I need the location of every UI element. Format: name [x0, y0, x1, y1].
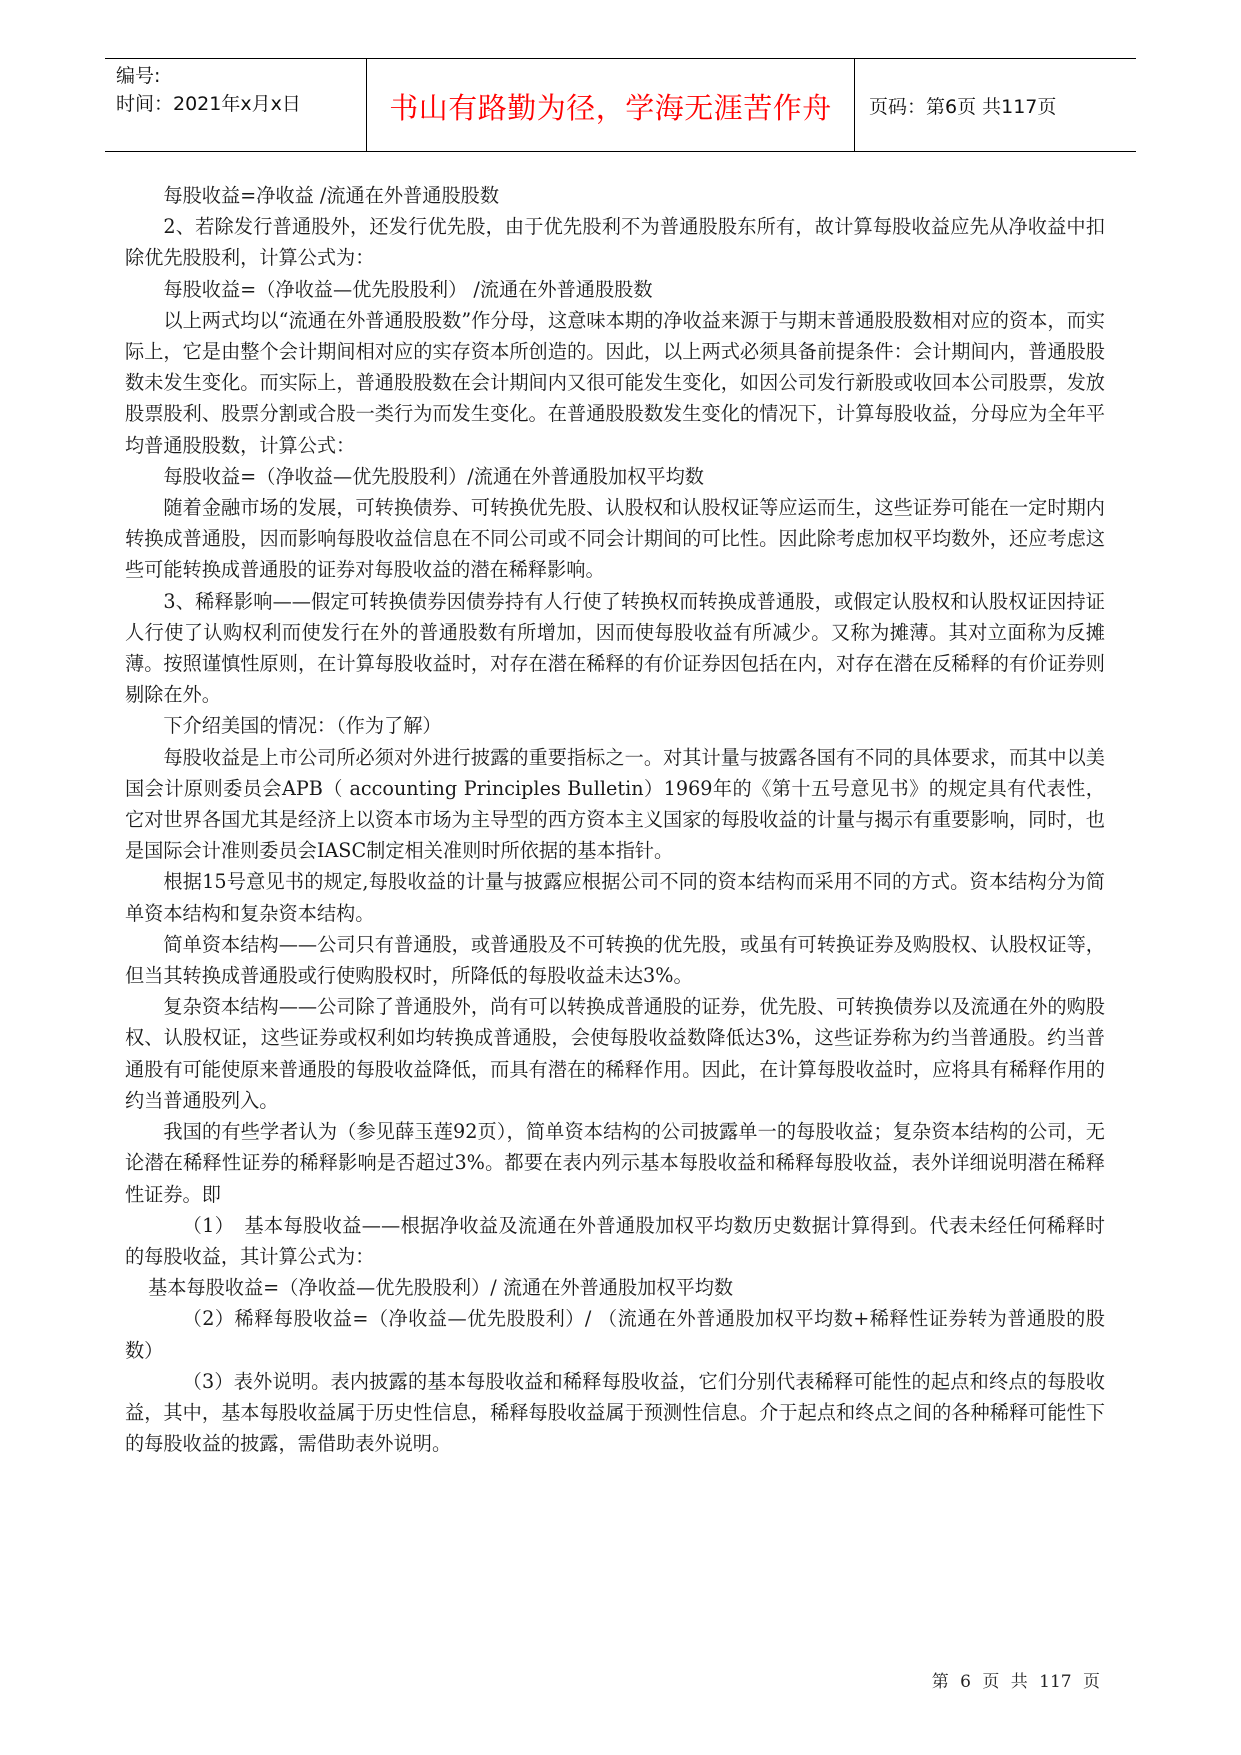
header-page-label: 页码：第6页 共117页 [869, 92, 1056, 119]
paragraph-dilution: 3、稀释影响——假定可转换债券因债券持有人行使了转换权而转换成普通股，或假定认股… [125, 586, 1105, 711]
formula-eps-basic: 每股收益=净收益 /流通在外普通股股数 [125, 180, 1105, 211]
paragraph-convertible-securities: 随着金融市场的发展，可转换债券、可转换优先股、认股权和认股权证等应运而生，这些证… [125, 492, 1105, 586]
document-body: 每股收益=净收益 /流通在外普通股股数 2、若除发行普通股外，还发行优先股，由于… [125, 180, 1105, 1459]
paragraph-simple-structure: 简单资本结构——公司只有普通股，或普通股及不可转换的优先股，或虽有可转换证券及购… [125, 929, 1105, 991]
formula-eps-preferred: 每股收益=（净收益—优先股股利） /流通在外普通股股数 [125, 274, 1105, 305]
header-page-cell: 页码：第6页 共117页 [855, 59, 1136, 151]
page-header: 编号: 时间：2021年x月x日 书山有路勤为径，学海无涯苦作舟 页码：第6页 … [105, 58, 1136, 152]
formula-diluted-eps: （2）稀释每股收益=（净收益—优先股股利）/ （流通在外普通股加权平均数+稀释性… [125, 1303, 1105, 1365]
paragraph-denominator: 以上两式均以“流通在外普通股股数”作分母，这意味本期的净收益来源于与期末普通股股… [125, 305, 1105, 461]
document-number-label: 编号: [116, 62, 366, 90]
formula-basic-eps: 基本每股收益=（净收益—优先股股利）/ 流通在外普通股加权平均数 [125, 1272, 1105, 1303]
paragraph-preferred-stock: 2、若除发行普通股外，还发行优先股，由于优先股利不为普通股股东所有，故计算每股收… [125, 211, 1105, 273]
paragraph-apb-opinion: 每股收益是上市公司所必须对外进行披露的重要指标之一。对其计量与披露各国有不同的具… [125, 742, 1105, 867]
paragraph-domestic-scholars: 我国的有些学者认为（参见薛玉莲92页），简单资本结构的公司披露单一的每股收益；复… [125, 1116, 1105, 1210]
header-meta-cell: 编号: 时间：2021年x月x日 [105, 59, 367, 151]
paragraph-basic-eps: （1） 基本每股收益——根据净收益及流通在外普通股加权平均数历史数据计算得到。代… [125, 1210, 1105, 1272]
paragraph-off-statement: （3）表外说明。表内披露的基本每股收益和稀释每股收益，它们分别代表稀释可能性的起… [125, 1366, 1105, 1460]
page-footer: 第 6 页 共 117 页 [880, 1667, 1100, 1692]
header-motto-cell: 书山有路勤为径，学海无涯苦作舟 [367, 59, 855, 151]
document-date-label: 时间：2021年x月x日 [116, 90, 366, 118]
motto-text: 书山有路勤为径，学海无涯苦作舟 [389, 86, 832, 127]
footer-page-number: 第 6 页 共 117 页 [932, 1672, 1100, 1692]
paragraph-capital-structure: 根据15号意见书的规定,每股收益的计量与披露应根据公司不同的资本结构而采用不同的… [125, 866, 1105, 928]
paragraph-us-intro: 下介绍美国的情况：（作为了解） [125, 710, 1105, 741]
paragraph-complex-structure: 复杂资本结构——公司除了普通股外，尚有可以转换成普通股的证券，优先股、可转换债券… [125, 991, 1105, 1116]
formula-eps-weighted: 每股收益=（净收益—优先股股利）/流通在外普通股加权平均数 [125, 461, 1105, 492]
